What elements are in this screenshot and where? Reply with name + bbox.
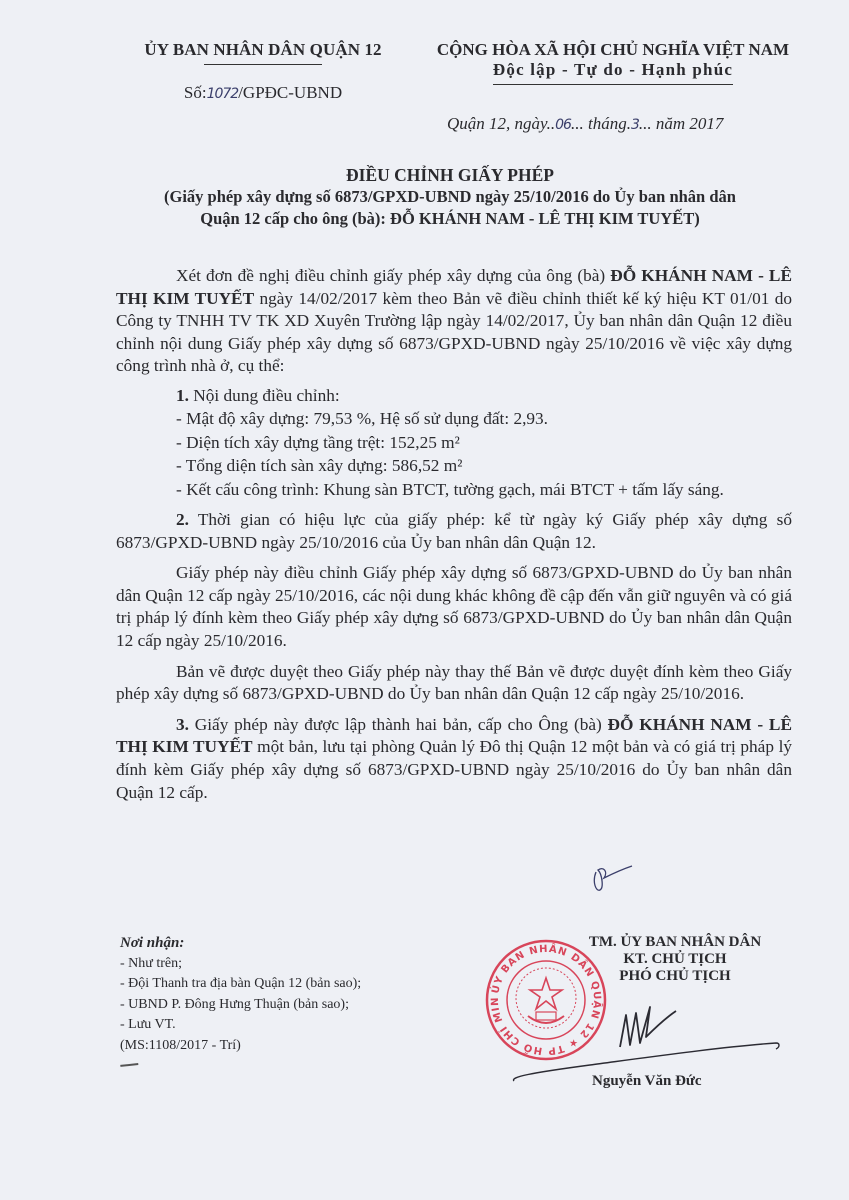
section-3: 3. Giấy phép này được lập thành hai bản,… <box>116 714 792 804</box>
document-title: ĐIỀU CHỈNH GIẤY PHÉP <box>150 165 750 186</box>
date-year: năm 2017 <box>656 114 724 133</box>
date-month-label: tháng <box>588 114 627 133</box>
title-block: ĐIỀU CHỈNH GIẤY PHÉP (Giấy phép xây dựng… <box>150 165 750 230</box>
drawing-paragraph: Bản vẽ được duyệt theo Giấy phép này tha… <box>116 661 792 706</box>
recipients-list: Nơi nhận: - Như trên; - Đội Thanh tra đị… <box>120 933 361 1056</box>
issuing-agency: ỦY BAN NHÂN DÂN QUẬN 12 <box>118 40 408 60</box>
intro-paragraph: Xét đơn đề nghị điều chỉnh giấy phép xây… <box>116 265 792 378</box>
agency-underline <box>204 64 322 65</box>
issue-date: Quận 12, ngày..06... tháng.3... năm 2017 <box>447 114 723 134</box>
section-1-item: - Diện tích xây dựng tầng trệt: 152,25 m… <box>116 431 792 454</box>
signer-name: Nguyễn Văn Đức <box>592 1073 702 1090</box>
header-left: ỦY BAN NHÂN DÂN QUẬN 12 Số:1072/GPĐC-UBN… <box>118 40 408 103</box>
adjustment-paragraph: Giấy phép này điều chỉnh Giấy phép xây d… <box>116 562 792 652</box>
recipient-item: (MS:1108/2017 - Trí) <box>120 1036 361 1057</box>
recipient-item: - UBND P. Đông Hưng Thuận (bản sao); <box>120 995 361 1016</box>
initials-mark-icon <box>590 862 634 894</box>
document-subtitle: (Giấy phép xây dựng số 6873/GPXD-UBND ng… <box>150 186 750 230</box>
date-day-handwritten: 06 <box>555 117 571 133</box>
signature-block: TM. ỦY BAN NHÂN DÂN KT. CHỦ TỊCH PHÓ CHỦ… <box>560 934 790 985</box>
date-dots: .. <box>547 114 556 133</box>
date-prefix: Quận 12, ngày <box>447 114 547 133</box>
recipients-title: Nơi nhận: <box>120 933 361 954</box>
signatory-line-3: PHÓ CHỦ TỊCH <box>560 968 790 985</box>
clerk-mark-icon <box>120 1057 139 1067</box>
section-2: 2. Thời gian có hiệu lực của giấy phép: … <box>116 509 792 554</box>
document-page: ỦY BAN NHÂN DÂN QUẬN 12 Số:1072/GPĐC-UBN… <box>0 0 849 1200</box>
signatory-line-2: KT. CHỦ TỊCH <box>560 951 790 968</box>
recipient-item: - Như trên; <box>120 954 361 975</box>
doc-number-suffix: /GPĐC-UBND <box>238 83 342 102</box>
national-motto: Độc lập - Tự do - Hạnh phúc <box>493 60 733 85</box>
doc-number-handwritten: 1072 <box>207 86 239 102</box>
section-1-heading: 1. Nội dung điều chỉnh: <box>116 384 792 407</box>
section-1-item: - Mật độ xây dựng: 79,53 %, Hệ số sử dụn… <box>116 407 792 430</box>
doc-number-prefix: Số: <box>184 83 207 102</box>
header-right: CỘNG HÒA XÃ HỘI CHỦ NGHĨA VIỆT NAM Độc l… <box>418 40 808 85</box>
section-1-item: - Kết cấu công trình: Khung sàn BTCT, tư… <box>116 478 792 501</box>
nation-name: CỘNG HÒA XÃ HỘI CHỦ NGHĨA VIỆT NAM <box>418 40 808 60</box>
handwritten-signature-icon <box>500 985 780 1085</box>
document-number: Số:1072/GPĐC-UBND <box>118 83 408 103</box>
signatory-line-1: TM. ỦY BAN NHÂN DÂN <box>560 934 790 951</box>
document-body: Xét đơn đề nghị điều chỉnh giấy phép xây… <box>116 265 792 804</box>
recipient-item: - Đội Thanh tra địa bàn Quận 12 (bản sao… <box>120 974 361 995</box>
date-month-handwritten: 3 <box>631 117 639 133</box>
section-1-item: - Tổng diện tích sàn xây dựng: 586,52 m² <box>116 454 792 477</box>
recipient-item: - Lưu VT. <box>120 1015 361 1036</box>
